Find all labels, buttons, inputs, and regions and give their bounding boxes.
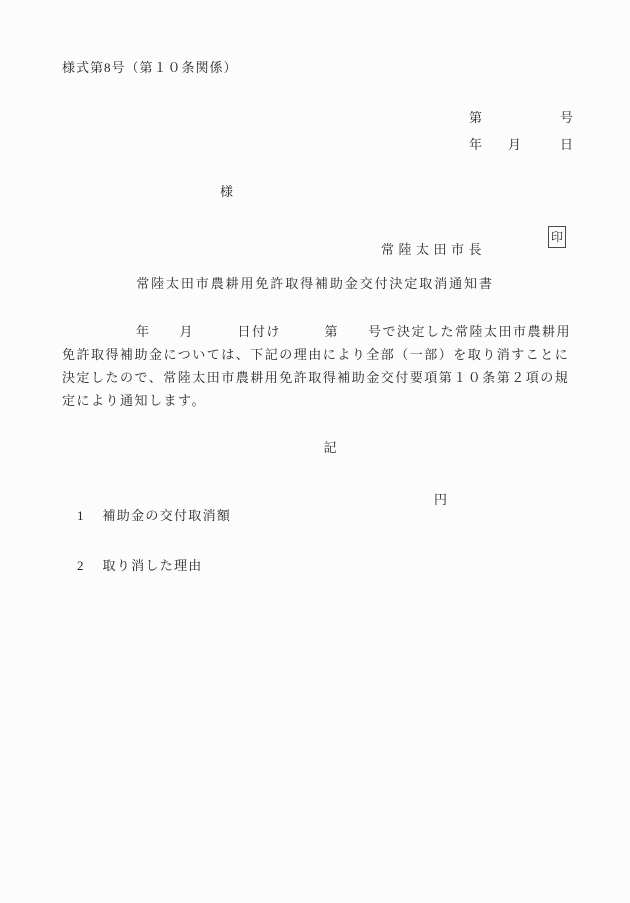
ki-heading: 記 [0,441,630,456]
document-number-line: 第 号 [469,111,573,126]
item-number: 2 [77,558,84,573]
sender-name: 常陸太田市長 [381,242,486,257]
addressee-honorific: 様 [220,185,233,200]
body-line-4: 定により通知します。 [62,389,577,412]
list-item-cancel-reason: 2取り消した理由 [64,539,573,590]
sender-line: 常陸太田市長 [368,228,486,273]
form-number: 様式第8号（第１０条関係） [62,61,238,76]
item-label: 補助金の交付取消額 [103,508,232,523]
body-line-2: 免許取得補助金については、下記の理由により全部（一部）を取り消すことに [62,343,577,366]
date-line: 年 月 日 [469,138,573,153]
body-line-1: 年 月 日付け 第 号で決定した常陸太田市農耕用 [62,320,577,343]
body-paragraph: 年 月 日付け 第 号で決定した常陸太田市農耕用 免許取得補助金については、下記… [62,320,577,412]
item-number: 1 [77,508,84,523]
document-page: 様式第8号（第１０条関係） 第 号 年 月 日 様 常陸太田市長 印 常陸太田市… [0,0,630,903]
body-line-3: 決定したので、常陸太田市農耕用免許取得補助金交付要項第１０条第２項の規 [62,366,577,389]
seal-placeholder-box: 印 [548,226,566,248]
document-title: 常陸太田市農耕用免許取得補助金交付決定取消通知書 [0,277,630,292]
item-label: 取り消した理由 [103,558,203,573]
currency-unit-label: 円 [434,489,447,508]
